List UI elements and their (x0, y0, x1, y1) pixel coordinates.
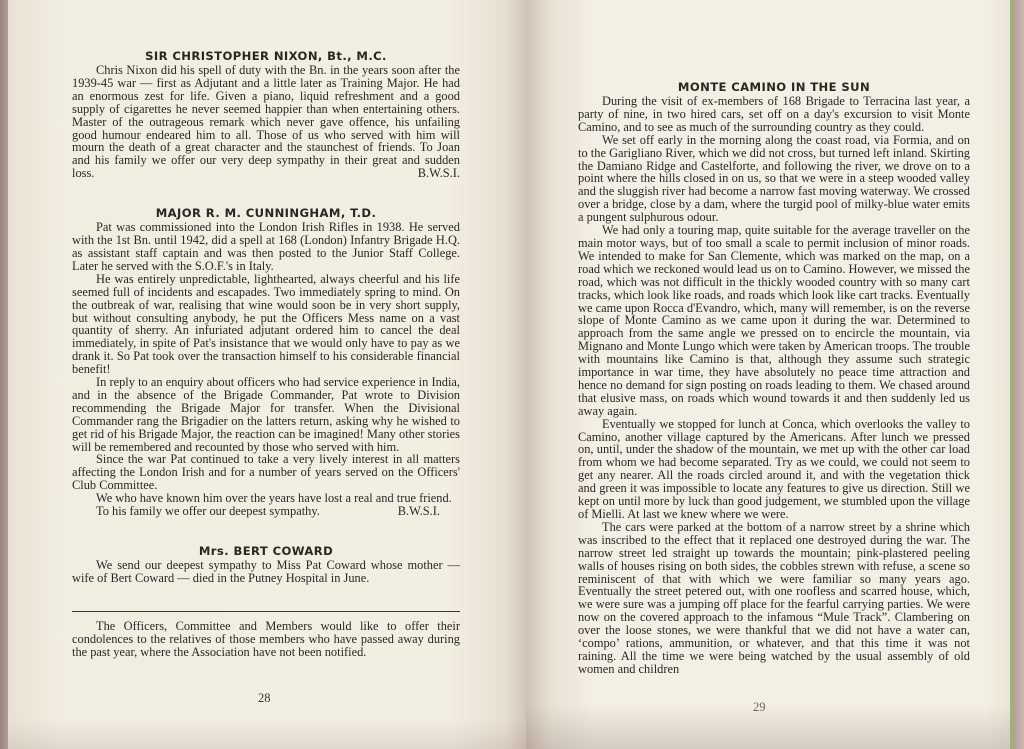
left-page: SIR CHRISTOPHER NIXON, Bt., M.C. Chris N… (8, 0, 526, 749)
obituary-cunningham: MAJOR R. M. CUNNINGHAM, T.D. Pat was com… (72, 206, 460, 518)
page-number: 28 (258, 691, 271, 706)
closing-line: To his family we offer our deepest sympa… (72, 505, 460, 518)
paragraph: During the visit of ex-members of 168 Br… (578, 95, 970, 134)
obituary-coward: Mrs. BERT COWARD We send our deepest sym… (72, 544, 460, 585)
section-heading: Mrs. BERT COWARD (72, 544, 460, 558)
article-heading: MONTE CAMINO IN THE SUN (578, 80, 970, 94)
right-page: MONTE CAMINO IN THE SUN During the visit… (526, 0, 1013, 749)
section-heading: MAJOR R. M. CUNNINGHAM, T.D. (72, 206, 460, 220)
paragraph: We send our deepest sympathy to Miss Pat… (72, 559, 460, 585)
signature: B.W.S.I. (394, 167, 460, 180)
book-spread: SIR CHRISTOPHER NIXON, Bt., M.C. Chris N… (8, 0, 1010, 749)
paragraph: We set off early in the morning along th… (578, 134, 970, 224)
section-heading: SIR CHRISTOPHER NIXON, Bt., M.C. (72, 49, 460, 63)
signature: B.W.S.I. (374, 505, 440, 518)
paragraph: In reply to an enquiry about officers wh… (72, 376, 460, 453)
right-page-text: MONTE CAMINO IN THE SUN During the visit… (578, 80, 970, 676)
paragraph: The cars were parked at the bottom of a … (578, 521, 970, 676)
paragraph: Pat was commissioned into the London Iri… (72, 221, 460, 273)
left-page-text: SIR CHRISTOPHER NIXON, Bt., M.C. Chris N… (72, 49, 460, 659)
obituary-nixon: SIR CHRISTOPHER NIXON, Bt., M.C. Chris N… (72, 49, 460, 180)
divider-rule (72, 611, 460, 612)
footer-note: The Officers, Committee and Members woul… (72, 620, 460, 659)
page-number: 29 (753, 700, 766, 715)
paragraph: Eventually we stopped for lunch at Conca… (578, 418, 970, 521)
paragraph: Chris Nixon did his spell of duty with t… (72, 64, 460, 180)
paragraph: We had only a touring map, quite suitabl… (578, 224, 970, 418)
paragraph: Since the war Pat continued to take a ve… (72, 453, 460, 492)
paragraph: He was entirely unpredictable, lighthear… (72, 273, 460, 376)
